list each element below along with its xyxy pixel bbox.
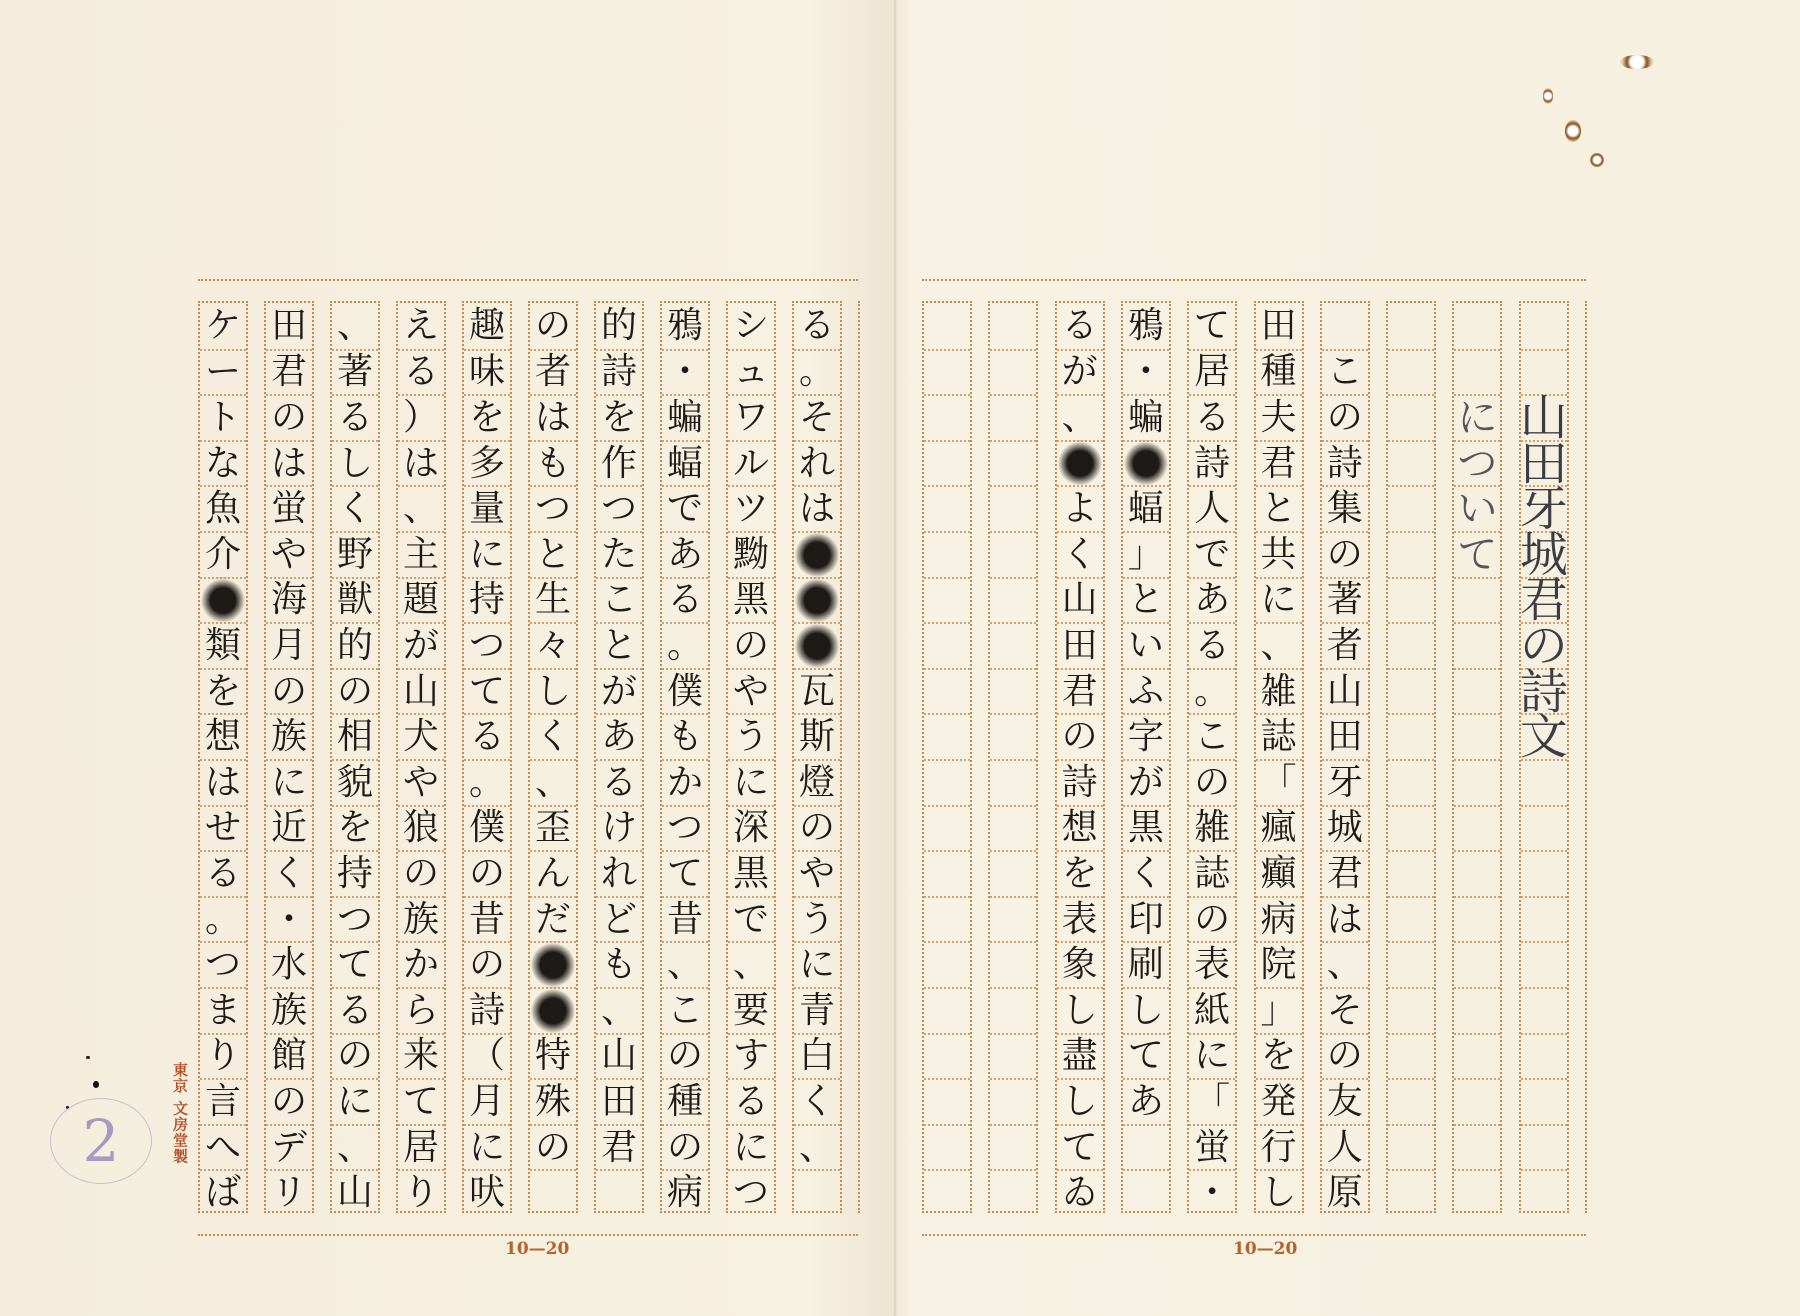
manuscript-cell: て <box>464 668 510 714</box>
manuscript-cell <box>990 622 1036 668</box>
manuscript-cell: 山 <box>1521 394 1567 440</box>
manuscript-cell: 君 <box>596 1124 642 1170</box>
manuscript-cell: に <box>464 1124 510 1170</box>
manuscript-cell <box>1388 850 1434 896</box>
crossed-out-character <box>1057 440 1103 486</box>
manuscript-cell: 青 <box>794 987 840 1033</box>
manuscript-cell: を <box>464 394 510 440</box>
crossed-out-character <box>200 577 246 623</box>
manuscript-column: 鴉・蝙蝠」といふ字が黒く印刷してあ <box>1121 301 1171 1213</box>
manuscript-cell: く <box>530 713 576 759</box>
manuscript-cell: 蛍 <box>1189 1124 1235 1170</box>
manuscript-cell: 僕 <box>464 805 510 851</box>
pencil-page-number-text: 2 <box>83 1107 120 1175</box>
manuscript-cell: 昔 <box>662 896 708 942</box>
manuscript-cell <box>1388 805 1434 851</box>
manuscript-cell <box>1454 577 1500 623</box>
manuscript-cell: に <box>464 531 510 577</box>
manuscript-cell: 、 <box>332 1124 378 1170</box>
manuscript-cell <box>1388 987 1434 1033</box>
manuscript-cell <box>530 1169 576 1215</box>
manuscript-cell: 持 <box>464 577 510 623</box>
manuscript-cell: て <box>662 850 708 896</box>
manuscript-cell: 刷 <box>1123 941 1169 987</box>
manuscript-cell: と <box>1256 485 1302 531</box>
manuscript-cell: 」 <box>1256 987 1302 1033</box>
manuscript-cell: ケ <box>200 303 246 349</box>
manuscript-cell: る <box>662 577 708 623</box>
manuscript-cell: 族 <box>398 896 444 942</box>
manuscript-cell: 山 <box>398 668 444 714</box>
manuscript-cell: も <box>530 440 576 486</box>
manuscript-cell: ・ <box>662 349 708 395</box>
manuscript-cell: 田 <box>1521 440 1567 486</box>
right-page-paper-label: 10—20 <box>1233 1239 1297 1259</box>
manuscript-cell: の <box>464 850 510 896</box>
manuscript-cell <box>1123 1169 1169 1215</box>
manuscript-cell: へ <box>200 1124 246 1170</box>
manuscript-cell: る <box>596 759 642 805</box>
manuscript-cell: よ <box>1057 485 1103 531</box>
manuscript-cell: が <box>398 622 444 668</box>
manuscript-cell <box>1388 622 1434 668</box>
manuscript-column: える）は、主題が山犬や狼の族から来て居り <box>396 301 446 1213</box>
manuscript-cell: を <box>596 394 642 440</box>
manuscript-cell <box>990 349 1036 395</box>
manuscript-cell: や <box>794 850 840 896</box>
manuscript-cell <box>1521 349 1567 395</box>
manuscript-cell <box>990 485 1036 531</box>
manuscript-cell: 相 <box>332 713 378 759</box>
manuscript-cell: 種 <box>662 1078 708 1124</box>
manuscript-column: 的詩を作つたことがあるけれども、山田君 <box>594 301 644 1213</box>
manuscript-column: ケートな魚介類を想はせる。つまり言へば <box>198 301 248 1213</box>
right-page-right-rule <box>1585 301 1587 1213</box>
manuscript-cell <box>990 941 1036 987</box>
manuscript-cell <box>1521 303 1567 349</box>
manuscript-cell: る <box>200 850 246 896</box>
manuscript-cell <box>596 1169 642 1215</box>
right-page-top-border <box>922 279 1586 281</box>
manuscript-cell: 鴉 <box>662 303 708 349</box>
manuscript-cell: と <box>530 531 576 577</box>
manuscript-cell: の <box>332 1033 378 1079</box>
manuscript-cell: 昔 <box>464 896 510 942</box>
manuscript-cell: が <box>596 668 642 714</box>
manuscript-cell: ト <box>200 394 246 440</box>
manuscript-cell: 介 <box>200 531 246 577</box>
manuscript-cell: て <box>1057 1124 1103 1170</box>
manuscript-cell: 「 <box>1189 1078 1235 1124</box>
manuscript-cell <box>1454 805 1500 851</box>
manuscript-column: の者はもつと生々しく、歪んだ特殊の <box>528 301 578 1213</box>
manuscript-cell: の <box>530 303 576 349</box>
manuscript-cell: 原 <box>1322 1169 1368 1215</box>
manuscript-cell: 、 <box>728 941 774 987</box>
manuscript-cell <box>990 1124 1036 1170</box>
manuscript-cell: を <box>332 805 378 851</box>
manuscript-cell: せ <box>200 805 246 851</box>
manuscript-cell: 著 <box>332 349 378 395</box>
manuscript-cell <box>1521 987 1567 1033</box>
manuscript-cell: 吠 <box>464 1169 510 1215</box>
manuscript-cell: 。 <box>464 759 510 805</box>
manuscript-cell: 、 <box>530 759 576 805</box>
crossed-out-character <box>530 987 576 1033</box>
manuscript-column: この詩集の著者山田牙城君は、その友人原 <box>1320 301 1370 1213</box>
manuscript-cell: つ <box>596 485 642 531</box>
manuscript-cell: 詩 <box>596 349 642 395</box>
manuscript-cell: 黒 <box>1123 805 1169 851</box>
manuscript-cell <box>924 485 970 531</box>
manuscript-cell: に <box>1189 1033 1235 1079</box>
manuscript-cell: 共 <box>1256 531 1302 577</box>
manuscript-cell: の <box>1322 1033 1368 1079</box>
crossed-out-character <box>794 577 840 623</box>
manuscript-cell: ュ <box>728 349 774 395</box>
ink-spot <box>93 1081 99 1088</box>
manuscript-cell: に <box>728 759 774 805</box>
manuscript-cell: 僕 <box>662 668 708 714</box>
manuscript-cell <box>990 303 1036 349</box>
manuscript-column: る。それは瓦斯燈のやうに青白く、 <box>792 301 842 1213</box>
manuscript-cell: は <box>1322 896 1368 942</box>
manuscript-cell: は <box>530 394 576 440</box>
manuscript-cell: の <box>1322 531 1368 577</box>
manuscript-cell: 狼 <box>398 805 444 851</box>
manuscript-cell <box>924 987 970 1033</box>
manuscript-cell: も <box>662 713 708 759</box>
manuscript-cell <box>924 850 970 896</box>
manuscript-cell: 的 <box>332 622 378 668</box>
manuscript-cell: 多 <box>464 440 510 486</box>
manuscript-cell <box>1521 1124 1567 1170</box>
manuscript-cell: 君 <box>1256 440 1302 486</box>
manuscript-cell: 田 <box>266 303 312 349</box>
manuscript-cell: う <box>728 713 774 759</box>
manuscript-cell: リ <box>266 1169 312 1215</box>
manuscript-cell: く <box>266 850 312 896</box>
manuscript-cell: は <box>200 759 246 805</box>
manuscript-cell: 田 <box>1057 622 1103 668</box>
manuscript-column: シュワルツ黝黑のやうに深黒で、要するにつ <box>726 301 776 1213</box>
manuscript-cell: い <box>1123 622 1169 668</box>
manuscript-cell: 癲 <box>1256 850 1302 896</box>
manuscript-cell: 詩 <box>464 987 510 1033</box>
manuscript-cell: 印 <box>1123 896 1169 942</box>
manuscript-cell: 想 <box>1057 805 1103 851</box>
manuscript-cell: し <box>1057 987 1103 1033</box>
manuscript-cell: 雑 <box>1256 668 1302 714</box>
manuscript-cell <box>990 440 1036 486</box>
manuscript-cell: る <box>728 1078 774 1124</box>
pencil-page-number: 2 <box>50 1098 152 1184</box>
manuscript-cell: れ <box>794 440 840 486</box>
manuscript-column: 田君のは蛍や海月の族に近く・水族館のデリ <box>264 301 314 1213</box>
manuscript-cell: こ <box>1322 349 1368 395</box>
manuscript-cell: て <box>398 1078 444 1124</box>
manuscript-cell <box>1388 941 1434 987</box>
manuscript-cell <box>924 303 970 349</box>
manuscript-cell: 城 <box>1521 531 1567 577</box>
manuscript-cell: 居 <box>398 1124 444 1170</box>
manuscript-cell: そ <box>1322 987 1368 1033</box>
manuscript-cell: に <box>266 759 312 805</box>
manuscript-cell: 病 <box>662 1169 708 1215</box>
manuscript-cell: て <box>1454 531 1500 577</box>
manuscript-cell: の <box>794 805 840 851</box>
manuscript-cell: 、 <box>794 1124 840 1170</box>
ink-spot <box>86 1056 90 1059</box>
manuscript-cell <box>1454 941 1500 987</box>
manuscript-cell: は <box>398 440 444 486</box>
manuscript-cell: つ <box>464 622 510 668</box>
manuscript-cell: り <box>398 1169 444 1215</box>
manuscript-column: るが、よく山田君の詩想を表象し盡してゐ <box>1055 301 1105 1213</box>
manuscript-cell: 特 <box>530 1033 576 1079</box>
manuscript-cell: は <box>794 485 840 531</box>
manuscript-cell: 黝 <box>728 531 774 577</box>
manuscript-column: 山田牙城君の詩文 <box>1519 301 1569 1213</box>
manuscript-cell <box>1521 896 1567 942</box>
manuscript-cell <box>1388 577 1434 623</box>
manuscript-cell: 君 <box>266 349 312 395</box>
manuscript-cell <box>924 1124 970 1170</box>
manuscript-cell: 田 <box>596 1078 642 1124</box>
manuscript-cell: 人 <box>1189 485 1235 531</box>
manuscript-cell <box>990 896 1036 942</box>
left-page-right-rule <box>858 301 860 1213</box>
manuscript-cell: な <box>200 440 246 486</box>
manuscript-cell: あ <box>1123 1078 1169 1124</box>
manuscript-cell: つ <box>662 805 708 851</box>
manuscript-cell: る <box>398 349 444 395</box>
manuscript-cell: あ <box>662 531 708 577</box>
manuscript-cell: 者 <box>530 349 576 395</box>
manuscript-cell: 著 <box>1322 577 1368 623</box>
manuscript-cell: や <box>728 668 774 714</box>
manuscript-cell <box>1388 485 1434 531</box>
manuscript-cell: を <box>200 668 246 714</box>
manuscript-cell: つ <box>332 896 378 942</box>
manuscript-cell <box>924 531 970 577</box>
manuscript-cell <box>1454 622 1500 668</box>
manuscript-cell: が <box>1057 349 1103 395</box>
manuscript-cell: 詩 <box>1322 440 1368 486</box>
manuscript-cell: の <box>662 1124 708 1170</box>
publisher-stamp: 東京 文房堂製 <box>173 1062 189 1164</box>
manuscript-cell: し <box>1123 987 1169 1033</box>
manuscript-cell: 深 <box>728 805 774 851</box>
manuscript-cell: け <box>596 805 642 851</box>
manuscript-column: 鴉・蝙蝠である。僕もかつて昔、この種の病 <box>660 301 710 1213</box>
manuscript-cell: て <box>1123 1033 1169 1079</box>
manuscript-cell: 病 <box>1256 896 1302 942</box>
manuscript-cell <box>990 713 1036 759</box>
manuscript-cell: こ <box>1189 713 1235 759</box>
manuscript-cell: 発 <box>1256 1078 1302 1124</box>
manuscript-cell: 山 <box>596 1033 642 1079</box>
manuscript-cell <box>1388 1033 1434 1079</box>
manuscript-cell: あ <box>596 713 642 759</box>
manuscript-column: について <box>1452 301 1502 1213</box>
manuscript-cell: 館 <box>266 1033 312 1079</box>
manuscript-cell: 貌 <box>332 759 378 805</box>
manuscript-cell: 、 <box>1322 941 1368 987</box>
manuscript-cell: 黑 <box>728 577 774 623</box>
manuscript-cell <box>1521 1169 1567 1215</box>
manuscript-cell: に <box>794 941 840 987</box>
manuscript-cell: （ <box>464 1033 510 1079</box>
manuscript-cell: の <box>1189 896 1235 942</box>
manuscript-cell: こ <box>662 987 708 1033</box>
manuscript-cell: 月 <box>266 622 312 668</box>
manuscript-cell <box>1454 1078 1500 1124</box>
manuscript-cell: 牙 <box>1322 759 1368 805</box>
manuscript-cell: で <box>662 485 708 531</box>
manuscript-cell <box>990 987 1036 1033</box>
manuscript-column: 、著るしく野獣的の相貌を持つてるのに、山 <box>330 301 380 1213</box>
manuscript-cell: う <box>794 896 840 942</box>
manuscript-cell <box>924 759 970 805</box>
manuscript-cell <box>1388 713 1434 759</box>
manuscript-cell <box>794 1169 840 1215</box>
manuscript-cell: や <box>266 531 312 577</box>
manuscript-cell: ー <box>200 349 246 395</box>
crossed-out-character <box>530 941 576 987</box>
manuscript-cell: 題 <box>398 577 444 623</box>
manuscript-cell: る <box>332 394 378 440</box>
manuscript-cell <box>924 440 970 486</box>
manuscript-cell: だ <box>530 896 576 942</box>
manuscript-cell: ル <box>728 440 774 486</box>
manuscript-cell <box>1388 531 1434 577</box>
manuscript-cell: 表 <box>1057 896 1103 942</box>
manuscript-cell <box>990 394 1036 440</box>
manuscript-cell: い <box>1454 485 1500 531</box>
manuscript-cell: 誌 <box>1256 713 1302 759</box>
manuscript-cell: 々 <box>530 622 576 668</box>
manuscript-cell: 、 <box>596 987 642 1033</box>
manuscript-cell: を <box>1057 850 1103 896</box>
manuscript-cell: 歪 <box>530 805 576 851</box>
manuscript-cell: ・ <box>1189 1169 1235 1215</box>
manuscript-cell: す <box>728 1033 774 1079</box>
manuscript-cell <box>990 668 1036 714</box>
manuscript-cell: 想 <box>200 713 246 759</box>
manuscript-cell: ら <box>398 987 444 1033</box>
left-page-bottom-border <box>198 1234 858 1236</box>
manuscript-cell <box>1454 713 1500 759</box>
manuscript-cell: そ <box>794 394 840 440</box>
manuscript-cell: 君 <box>1322 850 1368 896</box>
manuscript-cell: 君 <box>1057 668 1103 714</box>
manuscript-cell: デ <box>266 1124 312 1170</box>
manuscript-cell: の <box>728 622 774 668</box>
manuscript-cell: 族 <box>266 987 312 1033</box>
manuscript-cell: に <box>332 1078 378 1124</box>
manuscript-cell: も <box>596 941 642 987</box>
manuscript-cell: 燈 <box>794 759 840 805</box>
manuscript-cell: 人 <box>1322 1124 1368 1170</box>
manuscript-cell: つ <box>728 1169 774 1215</box>
manuscript-cell: し <box>530 668 576 714</box>
manuscript-cell: の <box>398 850 444 896</box>
manuscript-cell: つ <box>530 485 576 531</box>
manuscript-cell: る <box>332 987 378 1033</box>
manuscript-cell <box>1388 440 1434 486</box>
manuscript-cell: え <box>398 303 444 349</box>
manuscript-cell: く <box>794 1078 840 1124</box>
manuscript-cell <box>990 759 1036 805</box>
manuscript-cell: こ <box>596 577 642 623</box>
manuscript-cell: ゐ <box>1057 1169 1103 1215</box>
manuscript-cell: 」 <box>1123 531 1169 577</box>
center-fold <box>893 0 897 1316</box>
manuscript-cell: 月 <box>464 1078 510 1124</box>
manuscript-cell: 蝙 <box>662 394 708 440</box>
manuscript-cell <box>924 577 970 623</box>
manuscript-cell <box>924 896 970 942</box>
manuscript-cell <box>1454 1124 1500 1170</box>
manuscript-column: 田種夫君と共に、雑誌「瘋癲病院」を発行し <box>1254 301 1304 1213</box>
manuscript-cell <box>1521 1033 1567 1079</box>
manuscript-cell: 蛍 <box>266 485 312 531</box>
manuscript-cell: れ <box>596 850 642 896</box>
manuscript-cell: 山 <box>1057 577 1103 623</box>
manuscript-cell <box>1388 668 1434 714</box>
manuscript-cell: 量 <box>464 485 510 531</box>
manuscript-cell: 盡 <box>1057 1033 1103 1079</box>
manuscript-cell: 。 <box>794 349 840 395</box>
manuscript-cell: 蝙 <box>1123 394 1169 440</box>
manuscript-cell: 。 <box>200 896 246 942</box>
manuscript-cell <box>924 1169 970 1215</box>
manuscript-cell: ま <box>200 987 246 1033</box>
manuscript-cell <box>1322 303 1368 349</box>
manuscript-cell <box>1388 303 1434 349</box>
manuscript-cell: 文 <box>1521 713 1567 759</box>
manuscript-cell: く <box>332 485 378 531</box>
manuscript-cell <box>1388 896 1434 942</box>
manuscript-cell: く <box>1057 531 1103 577</box>
manuscript-cell <box>990 1169 1036 1215</box>
burn-hole <box>1590 153 1604 167</box>
left-page-paper-label: 10—20 <box>505 1239 569 1259</box>
manuscript-cell <box>990 577 1036 623</box>
manuscript-cell: の <box>464 941 510 987</box>
manuscript-cell: と <box>1123 577 1169 623</box>
manuscript-cell: 。 <box>1189 668 1235 714</box>
manuscript-cell: 田 <box>1322 713 1368 759</box>
manuscript-cell <box>1454 1033 1500 1079</box>
manuscript-cell: 行 <box>1256 1124 1302 1170</box>
manuscript-cell: 象 <box>1057 941 1103 987</box>
manuscript-cell: し <box>1256 1169 1302 1215</box>
manuscript-cell: る <box>464 713 510 759</box>
manuscript-cell <box>1454 896 1500 942</box>
manuscript-cell: ど <box>596 896 642 942</box>
manuscript-cell: た <box>596 531 642 577</box>
manuscript-cell: シ <box>728 303 774 349</box>
manuscript-cell: 鴉 <box>1123 303 1169 349</box>
manuscript-cell <box>1388 1169 1434 1215</box>
manuscript-cell: つ <box>1454 440 1500 486</box>
manuscript-cell: ） <box>398 394 444 440</box>
manuscript-cell: 紙 <box>1189 987 1235 1033</box>
manuscript-cell: 魚 <box>200 485 246 531</box>
manuscript-cell: 持 <box>332 850 378 896</box>
